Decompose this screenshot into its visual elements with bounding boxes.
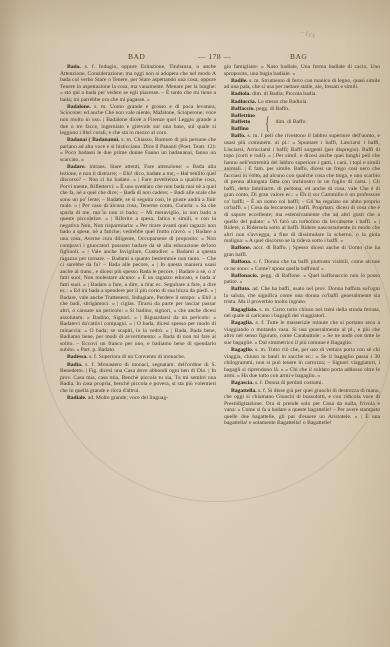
dictionary-entry: Bagaglia. s. f. Tutte le masserizie minu… xyxy=(224,320,380,346)
headword: Bada. xyxy=(67,64,81,70)
definition-text: Lo stesso che Badiola. xyxy=(257,99,307,105)
dictionary-entry: Bagattella. s. f. Si disse già per quei … xyxy=(224,388,380,427)
dictionary-entry: gio famigliare: « Naso badiale, Una form… xyxy=(224,64,380,77)
dictionary-entry: Bagascia. s. f. Donna di perduti costumi… xyxy=(224,380,380,387)
headword: Bagaglio. xyxy=(231,347,253,353)
headword: Bagaglia. xyxy=(231,320,253,326)
dictionary-entry: Badiale. ad. Molto grande; voce del ling… xyxy=(60,395,216,402)
text-columns: Bada. s. f. Indugio, oppure Esitazione, … xyxy=(60,64,380,427)
dictionary-entry: Baffona. s. f. Donna che ha baffi piutto… xyxy=(224,259,380,272)
headword: Badalone. xyxy=(67,104,91,110)
dictionary-entry: Baffuto. ad. Che ha baffi, usato nel pro… xyxy=(224,286,380,306)
headword: Bagascia. xyxy=(231,380,254,386)
dictionary-entry: Baffone. accr. di Baffo. | Spesso dicesi… xyxy=(224,245,380,258)
dictionary-entry: Bagaglio. s. m. Tutto ciò che, per uso d… xyxy=(224,347,380,380)
dictionary-entry: Badile. s. m. Strumento di ferro con man… xyxy=(224,78,380,91)
headword: Badare. xyxy=(67,164,86,170)
dictionary-entry: Badia. s. f. Monastero di monaci, segnat… xyxy=(60,362,216,395)
definition-text: ad. Molto grande; voce del linguag- xyxy=(88,395,168,401)
headword: Bagattella. xyxy=(231,388,257,394)
definition-text: dim. di Baffo. xyxy=(276,119,307,126)
running-header: BAD — 178 — BAG xyxy=(58,52,383,64)
left-column: Bada. s. f. Indugio, oppure Esitazione, … xyxy=(60,64,216,427)
definition-text: s. f. Donna di perduti costumi. xyxy=(255,380,323,386)
right-guide-word: BAG xyxy=(290,52,307,61)
page-number: — 178 — xyxy=(198,52,232,61)
headword: Badéssa. xyxy=(67,354,88,360)
dictionary-entry: Bagagliaio. s. m. Carro tutto chiuso nei… xyxy=(224,307,380,320)
left-guide-word: BAD xyxy=(128,52,145,61)
headword: Badiale. xyxy=(67,395,86,401)
headword: Bagagliaio. xyxy=(231,307,258,313)
headword: Baffuto. xyxy=(231,286,250,292)
headword: Baffo. xyxy=(231,133,245,139)
dictionary-entry: Baffo. s. m. I peli che rivestono il lab… xyxy=(224,133,380,244)
definition-text: s. f. Superiora di un Convento di monach… xyxy=(89,354,185,360)
definition-text: intrans. Stare attenti, Fare attenzione:… xyxy=(60,164,216,353)
dictionary-entry-group: BaffettinoBaffettoBaffino{dim. di Baffo. xyxy=(231,113,380,133)
definition-text: pegg. di Baffo. xyxy=(256,106,289,112)
dictionary-entry: Badanai ( Badanannì. s. m. Chiasso, Rumo… xyxy=(60,137,216,163)
dictionary-entry: Bada. s. f. Indugio, oppure Esitazione, … xyxy=(60,64,216,103)
headword: Badile. xyxy=(231,78,248,84)
headword: Baffaccio. xyxy=(231,106,255,112)
dictionary-entry: Badéssa. s. f. Superiora di un Convento … xyxy=(60,354,216,361)
dictionary-entry: Badiola. dim. di Badia; Piccola badia. xyxy=(224,91,380,98)
headword: Badanai ( Badanannì. xyxy=(67,137,120,143)
headword: Baffone. xyxy=(231,245,251,251)
dictionary-entry: Baffaccio. pegg. di Baffo. xyxy=(224,106,380,113)
dictionary-entry: Badiuccia. Lo stesso che Badiola. xyxy=(224,99,380,106)
headword: Badiuccia. xyxy=(231,99,256,105)
definition-text: s. f. Si disse già per quei giuochi di d… xyxy=(224,388,380,427)
definition-text: gio famigliare: « Naso badiale, Una form… xyxy=(224,64,380,77)
definition-text: s. f. Monastero di monaci, segnatam. del… xyxy=(60,362,216,394)
dictionary-entry: Badalone. s. m. Uomo grande e grosso e d… xyxy=(60,104,216,137)
dictionary-entry: Badare. intrans. Stare attenti, Fare att… xyxy=(60,164,216,354)
dictionary-entry: Baffonacio. pegg. di Baffone. « Quel baf… xyxy=(224,273,380,286)
scanned-page: ~ l.cs BAD — 178 — BAG Bada. s. f. Indug… xyxy=(0,0,390,647)
definition-text: dim. di Badia; Piccola badia. xyxy=(252,91,317,97)
definition-text: s. m. Strumento di ferro con manico di l… xyxy=(224,78,380,91)
definition-text: s. m. I peli che rivestono il labbro sup… xyxy=(224,133,380,244)
headword: Baffino xyxy=(231,126,255,133)
right-column: gio famigliare: « Naso badiale, Una form… xyxy=(224,64,380,427)
headword: Baffona. xyxy=(231,259,251,265)
definition-text: s. f. Indugio, oppure Esitazione, Tituba… xyxy=(60,64,216,103)
headword: Badia. xyxy=(67,362,82,368)
headword: Baffonacio. xyxy=(231,273,258,279)
brace-icon: { xyxy=(265,114,269,132)
headword: Badiola. xyxy=(231,91,251,97)
pencil-annotation: ~ l.cs xyxy=(299,29,315,40)
